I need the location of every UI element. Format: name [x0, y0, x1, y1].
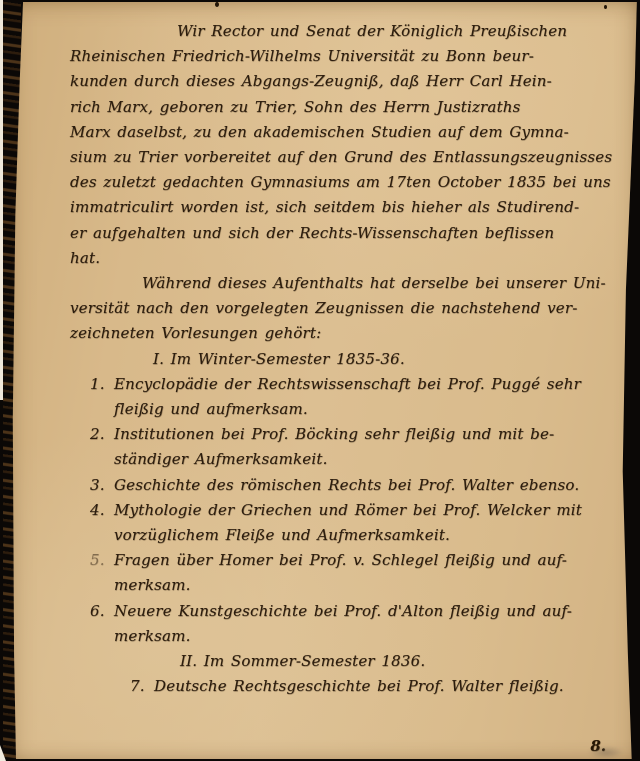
text-line: Fragen über Homer bei Prof. v. Schlegel …: [114, 548, 612, 573]
text-line: Mythologie der Griechen und Römer bei Pr…: [114, 498, 612, 523]
course-text: Neuere Kunstgeschichte bei Prof. d'Alton…: [114, 599, 612, 649]
scan-edge-sliver: [0, 0, 3, 400]
text-line: zeichneten Vorlesungen gehört:: [70, 321, 612, 346]
text-line: Neuere Kunstgeschichte bei Prof. d'Alton…: [114, 599, 612, 624]
text-line: hat.: [70, 246, 612, 271]
text-line: Geschichte des römischen Rechts bei Prof…: [114, 473, 612, 498]
course-item: 3. Geschichte des römischen Rechts bei P…: [90, 473, 612, 498]
text-line: vorzüglichem Fleiße und Aufmerksamkeit.: [114, 523, 612, 548]
course-number: 2.: [90, 422, 114, 472]
certificate-text: Wir Rector und Senat der Königlich Preuß…: [70, 19, 612, 699]
course-item: 7. Deutsche Rechtsgeschichte bei Prof. W…: [130, 674, 612, 699]
text-line: sium zu Trier vorbereitet auf den Grund …: [70, 145, 612, 170]
text-line: Wir Rector und Senat der Königlich Preuß…: [70, 19, 612, 44]
course-text: Encyclopädie der Rechtswissenschaft bei …: [114, 372, 612, 422]
text-line: merksam.: [114, 573, 612, 598]
course-number: 6.: [90, 599, 114, 649]
course-number: 4.: [90, 498, 114, 548]
text-line: Deutsche Rechtsgeschichte bei Prof. Walt…: [154, 674, 612, 699]
course-text: Deutsche Rechtsgeschichte bei Prof. Walt…: [154, 674, 612, 699]
smudge: [588, 746, 624, 759]
text-line: immatriculirt worden ist, sich seitdem b…: [70, 195, 612, 220]
ink-speck: [604, 5, 607, 9]
course-number: 5.: [90, 548, 114, 598]
text-line: Encyclopädie der Rechtswissenschaft bei …: [114, 372, 612, 397]
summer-semester-heading: II. Im Sommer-Semester 1836.: [70, 649, 612, 674]
text-line: Während dieses Aufenthalts hat derselbe …: [70, 271, 612, 296]
text-line: Rheinischen Friedrich-Wilhelms Universit…: [70, 44, 612, 69]
course-number: 7.: [130, 674, 154, 699]
lectures-intro-paragraph: Während dieses Aufenthalts hat derselbe …: [70, 271, 612, 347]
ink-speck: [215, 2, 219, 7]
course-item: 4. Mythologie der Griechen und Römer bei…: [90, 498, 612, 548]
text-line: Marx daselbst, zu den akademischen Studi…: [70, 120, 612, 145]
course-item: 5. Fragen über Homer bei Prof. v. Schleg…: [90, 548, 612, 598]
course-text: Institutionen bei Prof. Böcking sehr fle…: [114, 422, 612, 472]
text-line: merksam.: [114, 624, 612, 649]
course-item: 1. Encyclopädie der Rechtswissenschaft b…: [90, 372, 612, 422]
text-line: er aufgehalten und sich der Rechts-Wisse…: [70, 221, 612, 246]
text-line: des zuletzt gedachten Gymnasiums am 17te…: [70, 170, 612, 195]
winter-semester-heading: I. Im Winter-Semester 1835-36.: [70, 347, 612, 372]
paper: Wir Rector und Senat der Königlich Preuß…: [0, 2, 640, 759]
course-item: 6. Neuere Kunstgeschichte bei Prof. d'Al…: [90, 599, 612, 649]
text-line: Institutionen bei Prof. Böcking sehr fle…: [114, 422, 612, 447]
text-line: rich Marx, geboren zu Trier, Sohn des He…: [70, 95, 612, 120]
text-line: fleißig und aufmerksam.: [114, 397, 612, 422]
text-line: kunden durch dieses Abgangs-Zeugniß, daß…: [70, 69, 612, 94]
document-scan: Wir Rector und Senat der Königlich Preuß…: [0, 0, 640, 761]
course-text: Mythologie der Griechen und Römer bei Pr…: [114, 498, 612, 548]
course-number: 1.: [90, 372, 114, 422]
opening-paragraph: Wir Rector und Senat der Königlich Preuß…: [70, 19, 612, 271]
text-line: versität nach den vorgelegten Zeugnissen…: [70, 296, 612, 321]
course-item: 2. Institutionen bei Prof. Böcking sehr …: [90, 422, 612, 472]
course-text: Fragen über Homer bei Prof. v. Schlegel …: [114, 548, 612, 598]
course-number: 3.: [90, 473, 114, 498]
course-text: Geschichte des römischen Rechts bei Prof…: [114, 473, 612, 498]
text-line: ständiger Aufmerksamkeit.: [114, 447, 612, 472]
